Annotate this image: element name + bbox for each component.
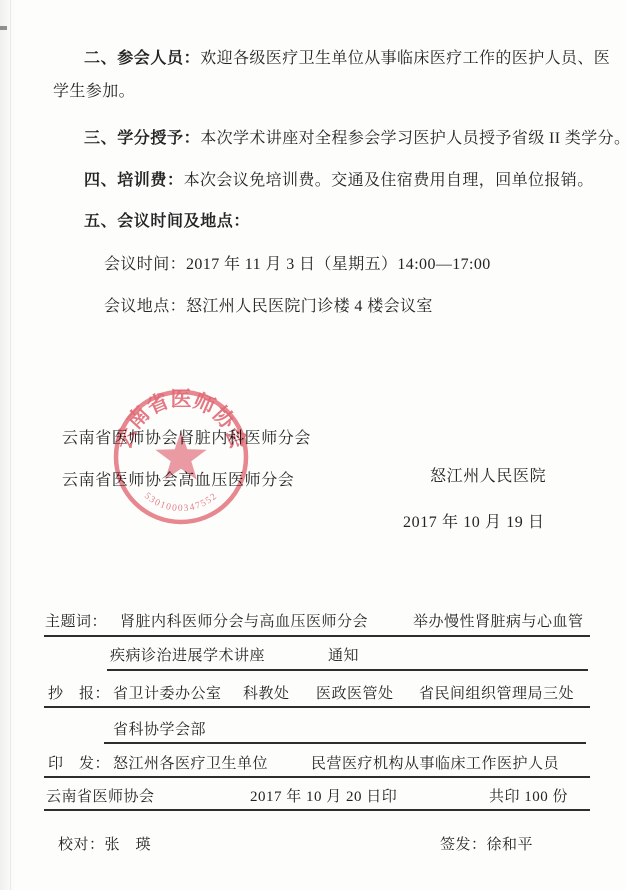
- notice-document-page: 二、参会人员：欢迎各级医疗卫生单位从事临床医疗工作的医护人员、医 学生参加。 三…: [0, 0, 626, 890]
- footer-distribution-part1: 怒江州各医疗卫生单位: [113, 754, 268, 775]
- footer-issuer: 签发：徐和平: [440, 835, 533, 856]
- meeting-place-line: 会议地点：怒江州人民医院门诊楼 4 楼会议室: [104, 296, 433, 318]
- footer-rule-3: [44, 706, 590, 708]
- footer-copy-to-part5: 省科协学会部: [113, 720, 206, 741]
- footer-printer-org: 云南省医师协会: [46, 787, 155, 808]
- section-participants-text: 欢迎各级医疗卫生单位从事临床医疗工作的医护人员、医: [200, 50, 610, 67]
- footer-copy-to-part1: 省卫计委办公室: [113, 684, 222, 705]
- scan-edge-mark: [0, 26, 7, 30]
- section-fee-text: 本次会议免培训费。交通及住宿费用自理，回单位报销。: [184, 172, 594, 189]
- section-credits-text: 本次学术讲座对全程参会学习医护人员授予省级 II 类学分。: [200, 130, 626, 147]
- footer-rule-4: [104, 742, 586, 744]
- footer-rule-6: [44, 809, 590, 811]
- footer-proofreader: 校对：张 瑛: [58, 835, 151, 856]
- section-participants-line1: 二、参会人员：欢迎各级医疗卫生单位从事临床医疗工作的医护人员、医: [84, 48, 610, 70]
- footer-print-date: 2017 年 10 月 20 日印: [250, 787, 397, 808]
- meeting-time-text: 会议时间：2017 年 11 月 3 日（星期五）14:00—17:00: [104, 256, 491, 273]
- official-seal: 云南省医师协会 5301000347552: [106, 381, 256, 531]
- section-participants-text-cont: 学生参加。: [53, 83, 135, 100]
- footer-subject-part1: 肾脏内科医师分会与高血压医师分会: [120, 612, 368, 633]
- footer-rule-1: [44, 635, 590, 637]
- svg-text:5301000347552: 5301000347552: [142, 491, 220, 514]
- footer-subject-part4: 通知: [328, 646, 359, 667]
- footer-subject-label: 主题词：: [45, 612, 107, 633]
- footer-subject-part3: 疾病诊治进展学术讲座: [110, 646, 265, 667]
- footer-subject-part2: 举办慢性肾脏病与心血管: [413, 612, 584, 633]
- footer-rule-5: [44, 776, 590, 778]
- signature-org-hospital: 怒江州人民医院: [430, 466, 546, 488]
- footer-copy-to-label: 抄 报：: [48, 684, 110, 705]
- scan-edge-shadow: [0, 0, 16, 890]
- section-time-place-heading: 五、会议时间及地点：: [84, 211, 250, 233]
- section-participants-line2: 学生参加。: [53, 81, 135, 103]
- footer-distribution-label: 印 发：: [48, 754, 110, 775]
- footer-copy-to-part3: 医政医管处: [316, 684, 394, 705]
- section-time-place-label: 五、会议时间及地点：: [84, 213, 250, 230]
- footer-copy-to-part4: 省民间组织管理局三处: [419, 684, 574, 705]
- section-credits-label: 三、学分授予：: [84, 130, 200, 147]
- seal-serial-number: 5301000347552: [142, 491, 220, 514]
- meeting-time-line: 会议时间：2017 年 11 月 3 日（星期五）14:00—17:00: [104, 254, 491, 276]
- signature-date: 2017 年 10 月 19 日: [403, 512, 545, 534]
- footer-print-copies: 共印 100 份: [489, 787, 568, 808]
- footer-distribution-part2: 民营医疗机构从事临床工作医护人员: [311, 754, 559, 775]
- scan-vertical-line: [10, 0, 11, 890]
- footer-rule-2: [107, 669, 588, 671]
- section-participants-label: 二、参会人员：: [84, 50, 200, 67]
- footer-copy-to-part2: 科教处: [243, 684, 290, 705]
- meeting-place-text: 会议地点：怒江州人民医院门诊楼 4 楼会议室: [104, 298, 433, 315]
- section-credits-line: 三、学分授予：本次学术讲座对全程参会学习医护人员授予省级 II 类学分。: [84, 128, 626, 150]
- section-fee-line: 四、培训费：本次会议免培训费。交通及住宿费用自理，回单位报销。: [84, 170, 594, 192]
- section-fee-label: 四、培训费：: [84, 172, 184, 189]
- seal-star-icon: [155, 431, 206, 480]
